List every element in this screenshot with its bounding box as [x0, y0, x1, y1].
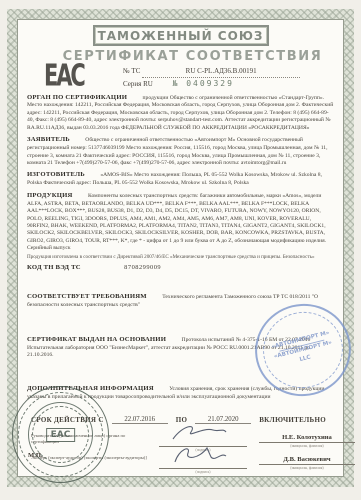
- certificate-number: RU C-PL.АД36.В.00191: [142, 66, 300, 78]
- section-conformity: СООТВЕТСТВУЕТ ТРЕБОВАНИЯМ Технического р…: [27, 293, 334, 309]
- tnved-code-value: 8708299009: [124, 264, 161, 271]
- signature-caption: (подпись): [159, 470, 247, 474]
- section-label: ОРГАН ПО СЕРТИФИКАЦИИ: [27, 94, 127, 101]
- expert-name: Д.В. Васюкевич: [259, 452, 355, 465]
- section-tnved-code: КОД ТН ВЭД ТС 8708299009: [27, 264, 334, 273]
- validity-inclusive-label: ВКЛЮЧИТЕЛЬНО: [259, 416, 326, 424]
- section-text: Компоненты колесных транспортных средств…: [27, 193, 326, 252]
- expert-signature-scribble: [167, 444, 229, 466]
- products-directive-note: Продукция изготовлена в соответствии с Д…: [27, 254, 334, 261]
- section-manufacturer: ИЗГОТОВИТЕЛЬ «AMOS-BIS» Место нахождения…: [27, 171, 334, 187]
- section-label: СООТВЕТСТВУЕТ ТРЕБОВАНИЯМ: [27, 293, 147, 300]
- head-name-cell: Н.Е. Колотухина (инициалы, фамилия): [259, 430, 355, 452]
- eac-mark-logo: ЕАС: [44, 58, 84, 94]
- series-number: № 0409329: [173, 79, 234, 88]
- certificate-number-row: № ТС RU C-PL.АД36.В.00191: [123, 66, 334, 78]
- section-label: СЕРТИФИКАТ ВЫДАН НА ОСНОВАНИИ: [27, 336, 166, 343]
- section-label: ЗАЯВИТЕЛЬ: [27, 136, 70, 143]
- customs-union-banner: ТАМОЖЕННЫЙ СОЮЗ: [93, 25, 269, 46]
- certificate-sheet: ТАМОЖЕННЫЙ СОЮЗ СЕРТИФИКАТ СООТВЕТСТВИЯ …: [0, 0, 361, 500]
- certificate-numbers: № ТС RU C-PL.АД36.В.00191 Серия RU № 040…: [123, 66, 334, 90]
- series-label: Серия RU: [123, 80, 153, 88]
- section-label: ДОПОЛНИТЕЛЬНАЯ ИНФОРМАЦИЯ: [27, 385, 154, 392]
- section-products: ПРОДУКЦИЯ Компоненты колесных транспортн…: [27, 192, 334, 261]
- expert-role-label: Эксперт (эксперт-аудитор) [эксперты (экс…: [31, 452, 147, 474]
- section-label: КОД ТН ВЭД ТС: [27, 264, 81, 271]
- certificate-title: СЕРТИФИКАТ СООТВЕТСТВИЯ: [51, 49, 334, 64]
- series-row: Серия RU № 0409329: [123, 78, 334, 90]
- section-applicant: ЗАЯВИТЕЛЬ Общество с ограниченной ответс…: [27, 136, 334, 167]
- certificate-body: ТАМОЖЕННЫЙ СОЮЗ СЕРТИФИКАТ СООТВЕТСТВИЯ …: [17, 19, 344, 477]
- signature-block: Руководитель (уполномоченное лицо) орган…: [31, 430, 334, 474]
- expert-signature-cell: (подпись): [159, 452, 247, 474]
- name-caption: (инициалы, фамилия): [259, 466, 355, 470]
- head-role-label: Руководитель (уполномоченное лицо) орган…: [31, 430, 147, 452]
- section-label: ПРОДУКЦИЯ: [27, 192, 73, 199]
- guilloche-border: ТАМОЖЕННЫЙ СОЮЗ СЕРТИФИКАТ СООТВЕТСТВИЯ …: [7, 9, 354, 487]
- head-signature-scribble: [167, 422, 229, 444]
- section-issued-basis: СЕРТИФИКАТ ВЫДАН НА ОСНОВАНИИ Протокола …: [27, 336, 334, 360]
- name-caption: (инициалы, фамилия): [259, 444, 355, 448]
- validity-label: СРОК ДЕЙСТВИЯ С: [31, 416, 104, 424]
- section-certification-body: ОРГАН ПО СЕРТИФИКАЦИИ продукции Общество…: [27, 94, 334, 133]
- head-name: Н.Е. Колотухина: [259, 430, 355, 443]
- number-label: № ТС: [123, 67, 140, 75]
- seal-place-label: М.П.: [28, 452, 43, 459]
- expert-name-cell: Д.В. Васюкевич (инициалы, фамилия): [259, 452, 355, 474]
- section-label: ИЗГОТОВИТЕЛЬ: [27, 171, 85, 178]
- section-text: Общество с ограниченной ответственностью…: [27, 137, 327, 166]
- section-additional-info: ДОПОЛНИТЕЛЬНАЯ ИНФОРМАЦИЯ Условия хранен…: [27, 385, 334, 401]
- validity-from-date: 22.07.2016: [112, 416, 168, 424]
